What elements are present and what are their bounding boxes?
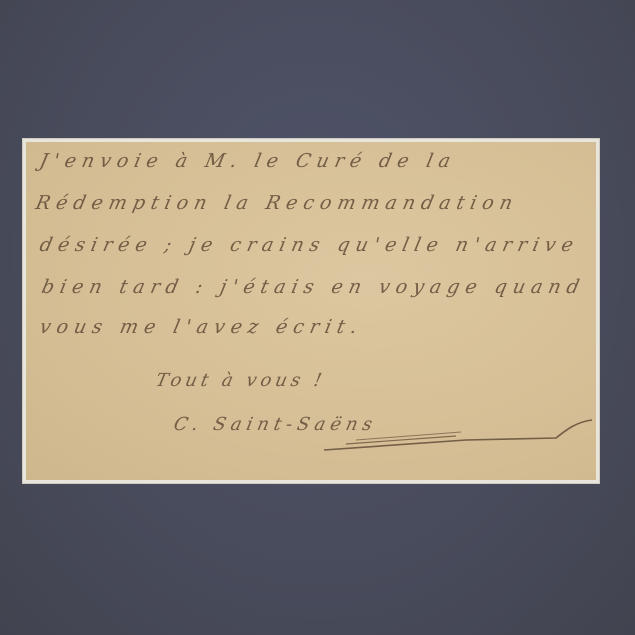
letter-line: bien tard : j'étais en voyage quand bbox=[40, 276, 588, 298]
letter-line: désirée ; je crains qu'elle n'arrive bbox=[38, 234, 582, 256]
signature-flourish-icon bbox=[316, 410, 596, 460]
letter-line: J'envoie à M. le Curé de la bbox=[38, 150, 459, 172]
letter-closing: Tout à vous ! bbox=[154, 370, 328, 391]
letter-line: Rédemption la Recommandation bbox=[34, 192, 521, 214]
letter-paper: J'envoie à M. le Curé de la Rédemption l… bbox=[26, 142, 596, 480]
letter-line: vous me l'avez écrit. bbox=[38, 316, 366, 338]
